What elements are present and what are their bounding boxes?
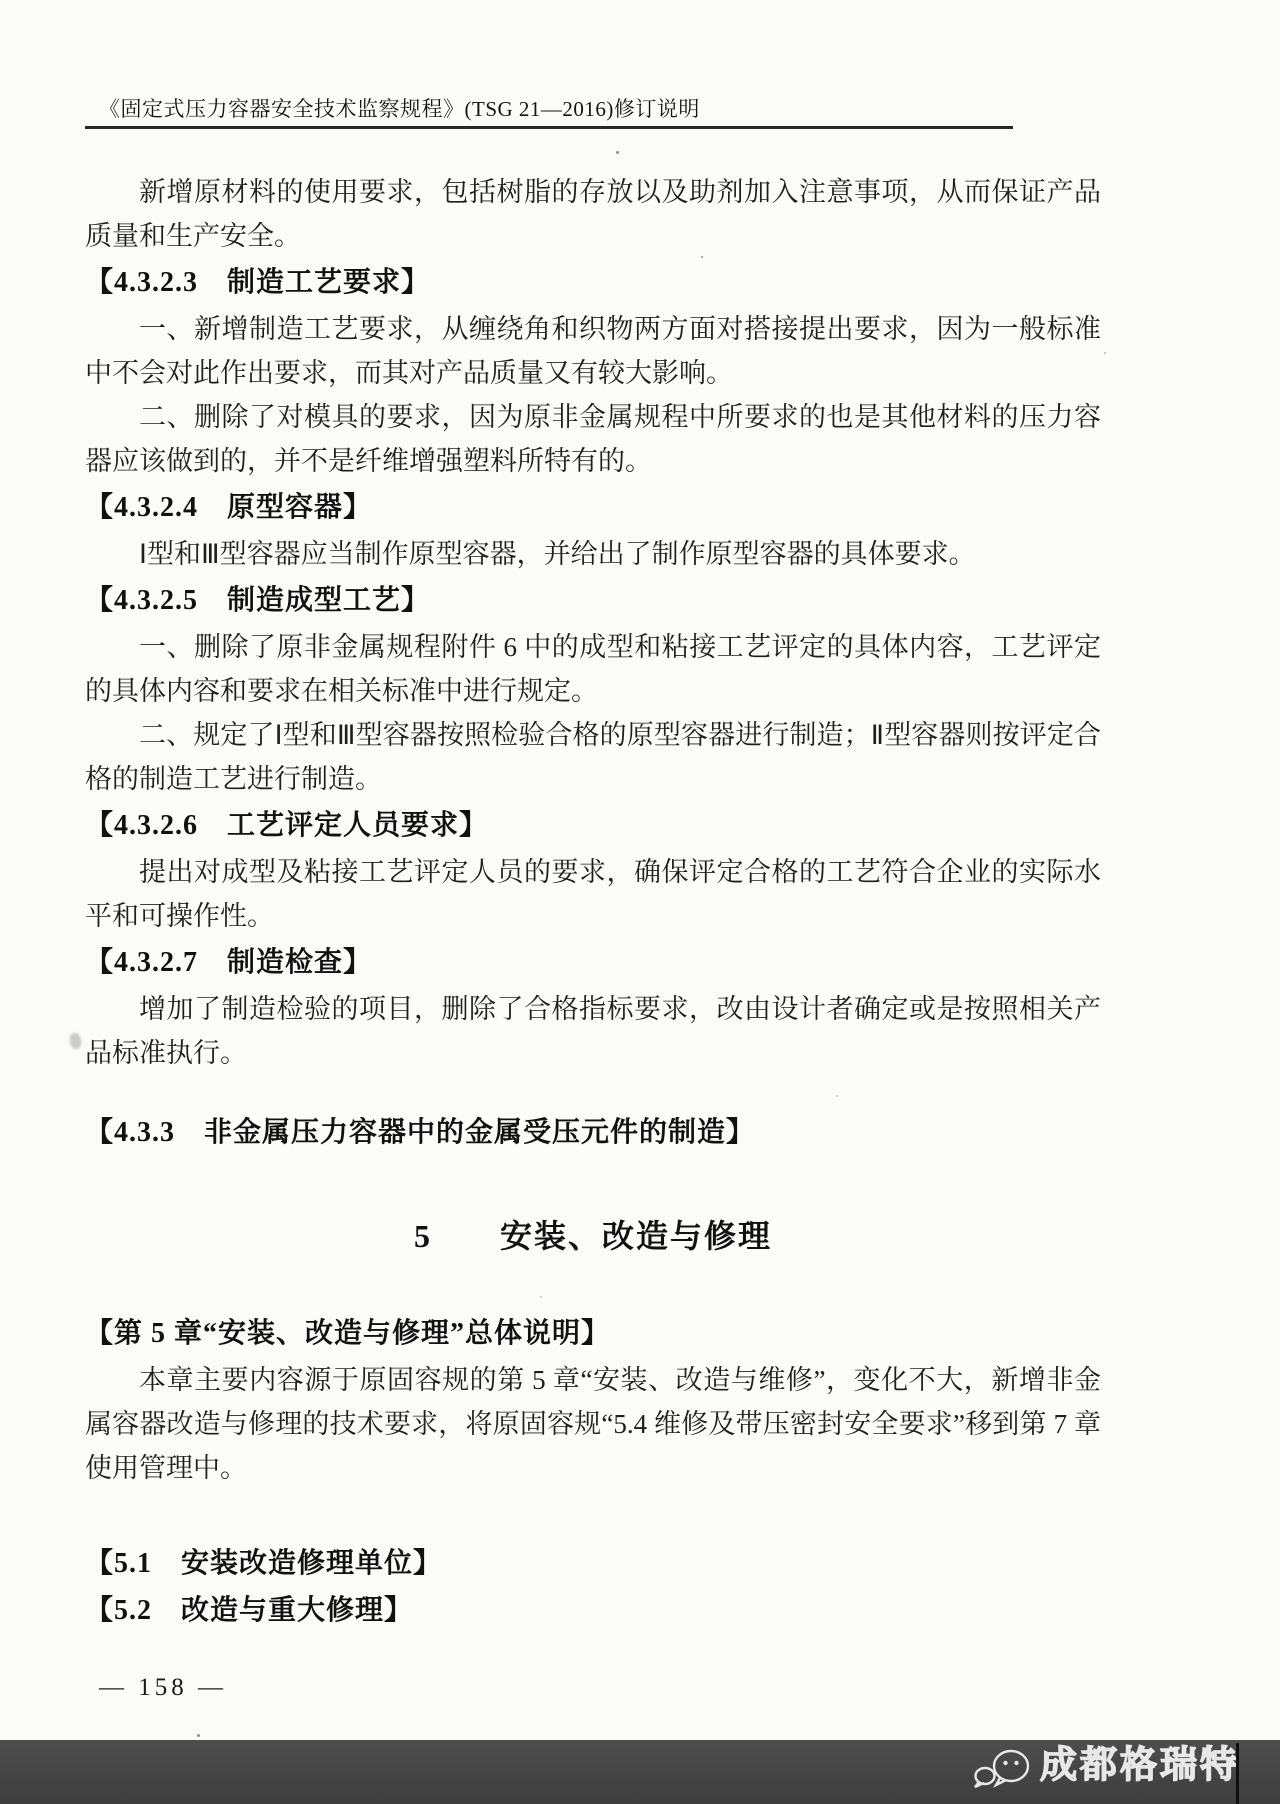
paragraph: 一、新增制造工艺要求，从缠绕角和织物两方面对搭接提出要求，因为一般标准中不会对此… [85, 307, 1101, 395]
section-heading-5-1: 【5.1 安装改造修理单位】 [85, 1542, 1101, 1586]
document-body: 新增原材料的使用要求，包括树脂的存放以及助剂加入注意事项，从而保证产品质量和生产… [85, 170, 1101, 1635]
section-heading-4-3-2-6: 【4.3.2.6 工艺评定人员要求】 [85, 804, 1101, 848]
watermark-bar: 成都格瑞特 [0, 1740, 1280, 1804]
paragraph: 增加了制造检验的项目，删除了合格指标要求，改由设计者确定或是按照相关产品标准执行… [85, 987, 1101, 1075]
scanned-document-page: 《固定式压力容器安全技术监察规程》(TSG 21—2016)修订说明 新增原材料… [0, 0, 1280, 1804]
scan-speck [1104, 352, 1106, 354]
scan-speck [197, 1734, 200, 1737]
paragraph: 二、规定了Ⅰ型和Ⅲ型容器按照检验合格的原型容器进行制造；Ⅱ型容器则按评定合格的制… [85, 713, 1101, 801]
scan-edge-line [1236, 1743, 1239, 1804]
wechat-logo-icon [973, 1745, 1031, 1796]
watermark-brand-text: 成都格瑞特 [1040, 1743, 1240, 1787]
section-heading-4-3-2-4: 【4.3.2.4 原型容器】 [85, 486, 1101, 530]
scan-speck [701, 256, 703, 258]
page-number: — 158 — [99, 1674, 227, 1702]
chapter-heading-5: 5 安装、改造与修理 [85, 1212, 1101, 1260]
paragraph: 二、删除了对模具的要求，因为原非金属规程中所要求的也是其他材料的压力容器应该做到… [85, 395, 1101, 483]
section-heading-ch5-overview: 【第 5 章“安装、改造与修理”总体说明】 [85, 1312, 1101, 1356]
scan-speck [616, 151, 619, 154]
section-heading-4-3-3: 【4.3.3 非金属压力容器中的金属受压元件的制造】 [85, 1111, 1101, 1155]
paragraph: Ⅰ型和Ⅲ型容器应当制作原型容器，并给出了制作原型容器的具体要求。 [85, 532, 1101, 576]
paragraph: 一、删除了原非金属规程附件 6 中的成型和粘接工艺评定的具体内容，工艺评定的具体… [85, 625, 1101, 713]
paragraph: 新增原材料的使用要求，包括树脂的存放以及助剂加入注意事项，从而保证产品质量和生产… [85, 170, 1101, 258]
section-heading-4-3-2-7: 【4.3.2.7 制造检查】 [85, 941, 1101, 985]
paragraph: 提出对成型及粘接工艺评定人员的要求，确保评定合格的工艺符合企业的实际水平和可操作… [85, 850, 1101, 938]
header-rule [85, 126, 1013, 129]
scan-speck [540, 1296, 542, 1298]
page-header-title: 《固定式压力容器安全技术监察规程》(TSG 21—2016)修订说明 [99, 93, 700, 123]
paragraph: 本章主要内容源于原固容规的第 5 章“安装、改造与维修”，变化不大，新增非金属容… [85, 1358, 1101, 1490]
scan-speck [836, 1095, 838, 1097]
section-heading-4-3-2-3: 【4.3.2.3 制造工艺要求】 [85, 261, 1101, 305]
scan-smudge [69, 1032, 83, 1050]
section-heading-5-2: 【5.2 改造与重大修理】 [85, 1589, 1101, 1633]
section-heading-4-3-2-5: 【4.3.2.5 制造成型工艺】 [85, 579, 1101, 623]
